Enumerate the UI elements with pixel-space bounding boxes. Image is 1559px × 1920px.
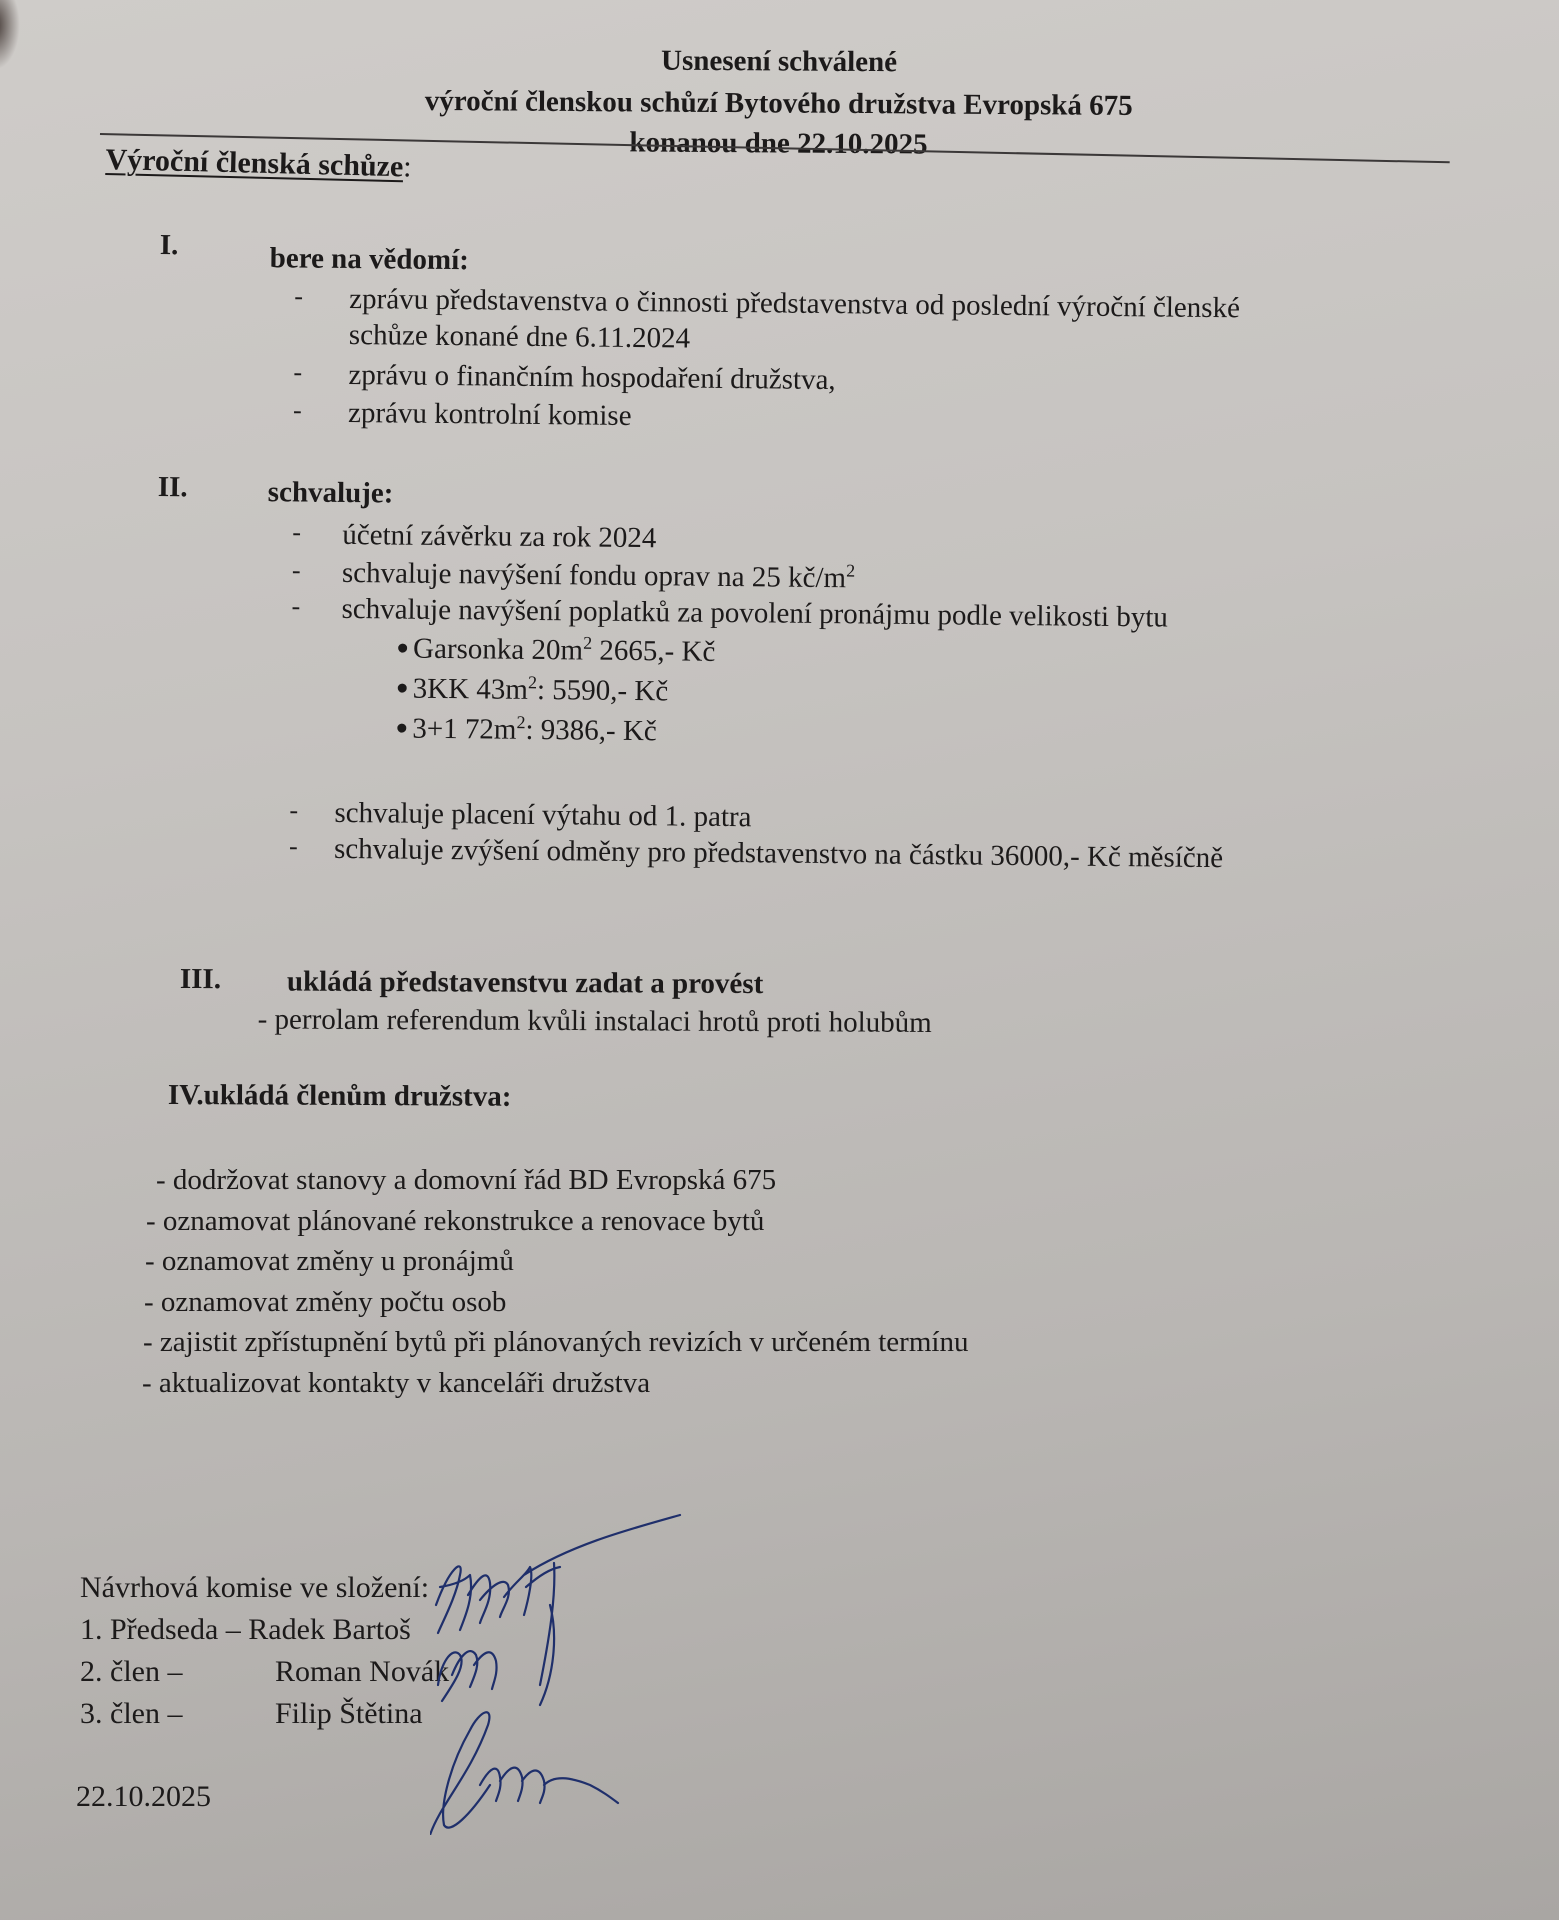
section-1-numeral: I. xyxy=(160,228,179,262)
assembly-label-text: Výroční členská schůze xyxy=(105,143,403,183)
dash: - xyxy=(289,793,298,827)
section-1-item: zprávu kontrolní komise xyxy=(348,396,632,433)
dash: - xyxy=(294,279,303,313)
handwritten-signature-icon xyxy=(430,1505,820,1835)
section-2: II. schvaluje: - účetní závěrku za rok 2… xyxy=(154,470,1458,904)
section-3-item: - perrolam referendum kvůli instalaci hr… xyxy=(258,1002,932,1040)
member-role: 1. Předseda – xyxy=(80,1613,248,1646)
header-subtitle: výroční členskou schůzí Bytového družstv… xyxy=(0,80,1558,127)
section-4: IV.ukládá členům družstva: xyxy=(168,1078,1168,1123)
member-role: 3. člen – xyxy=(80,1693,275,1735)
section-4-item: - oznamovat změny u pronájmů xyxy=(145,1241,1242,1282)
section-4-item: - zajistit zpřístupnění bytů při plánova… xyxy=(143,1322,1242,1363)
section-4-title: IV.ukládá členům družstva: xyxy=(168,1078,512,1114)
committee-label: Návrhová komise ve složení: xyxy=(80,1567,449,1609)
section-2-title: schvaluje: xyxy=(268,475,394,510)
section-2-item: schvaluje navýšení poplatků za povolení … xyxy=(341,592,1168,635)
section-3-numeral: III. xyxy=(180,962,221,996)
bullet-icon xyxy=(397,723,406,732)
section-1-item-cont: schůze konané dne 6.11.2024 xyxy=(349,318,691,356)
committee-member: 1. Předseda – Radek Bartoš xyxy=(80,1609,449,1651)
committee-block: Návrhová komise ve složení: 1. Předseda … xyxy=(80,1567,449,1735)
committee-member: 3. člen –Filip Štětina xyxy=(80,1693,449,1735)
fee-item: Garsonka 20m2 2665,- Kč xyxy=(398,629,716,672)
dash: - xyxy=(291,589,300,623)
fee-item: 3+1 72m2: 9386,- Kč xyxy=(397,709,715,752)
section-2-item: schvaluje navýšení fondu oprav na 25 kč/… xyxy=(342,556,855,595)
document-page: Usnesení schválené výroční členskou schů… xyxy=(0,0,1559,1920)
dash: - xyxy=(289,829,298,863)
section-3-title: ukládá představenstvu zadat a provést xyxy=(287,965,764,1001)
bullet-icon xyxy=(398,683,407,692)
section-2-item: účetní závěrku za rok 2024 xyxy=(342,518,656,555)
section-2-item: schvaluje zvýšení odměny pro představens… xyxy=(334,832,1223,875)
member-name: Filip Štětina xyxy=(275,1697,423,1730)
member-role: 2. člen – xyxy=(80,1651,275,1693)
assembly-label: Výroční členská schůze: xyxy=(105,143,412,184)
section-2-numeral: II. xyxy=(158,470,188,504)
fee-item: 3KK 43m2: 5590,- Kč xyxy=(398,669,716,712)
section-4-items: - dodržovat stanovy a domovní řád BD Evr… xyxy=(142,1160,1242,1403)
header-title: Usnesení schválené xyxy=(0,38,1559,85)
section-4-item: - dodržovat stanovy a domovní řád BD Evr… xyxy=(142,1160,1242,1201)
section-3: III. ukládá představenstvu zadat a prové… xyxy=(180,962,1280,1058)
section-1-title: bere na vědomí: xyxy=(270,241,470,277)
section-1: I. bere na vědomí: - zprávu představenst… xyxy=(158,228,1460,472)
section-4-item: - oznamovat změny počtu osob xyxy=(144,1282,1242,1323)
dash: - xyxy=(292,553,301,587)
section-4-item: - aktualizovat kontakty v kanceláři druž… xyxy=(142,1363,1242,1404)
bullet-icon xyxy=(398,643,407,652)
committee-member: 2. člen –Roman Novák xyxy=(80,1651,449,1693)
section-2-item: schvaluje placení výtahu od 1. patra xyxy=(334,796,751,834)
document-header: Usnesení schválené výroční členskou schů… xyxy=(0,0,1559,11)
dash: - xyxy=(293,393,302,427)
member-name: Radek Bartoš xyxy=(248,1613,410,1646)
fee-list: Garsonka 20m2 2665,- Kč 3KK 43m2: 5590,-… xyxy=(397,629,715,752)
section-4-item: - oznamovat plánované rekonstrukce a ren… xyxy=(146,1201,1242,1242)
dash: - xyxy=(292,515,301,549)
dash: - xyxy=(293,355,302,389)
signature-date: 22.10.2025 xyxy=(76,1776,211,1818)
member-name: Roman Novák xyxy=(275,1655,449,1688)
section-1-item: zprávu o finančním hospodaření družstva, xyxy=(348,358,836,397)
